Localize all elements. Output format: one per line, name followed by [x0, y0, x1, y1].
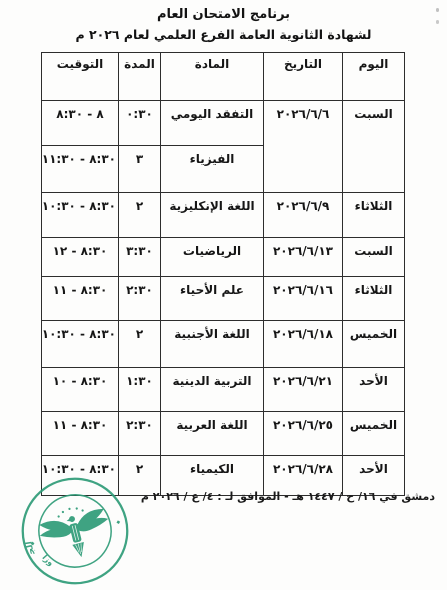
subject-cell: الفيزياء	[161, 146, 264, 193]
duration-cell: ٠:٣٠	[119, 101, 161, 146]
subject-cell: التربية الدينية	[161, 368, 264, 412]
subject-cell: علم الأحياء	[161, 277, 264, 321]
duration-cell: ٢:٣٠	[119, 277, 161, 321]
date-cell: ٢٠٢٦/٦/١٣	[264, 238, 343, 277]
table-header-row: اليوم التاريخ المادة المدة التوقيت	[42, 53, 405, 101]
day-cell: الخميس	[343, 412, 405, 456]
stamp-star-right	[116, 520, 121, 525]
timing-cell: ٨:٣٠ - ١١:٣٠	[42, 146, 119, 193]
header-duration: المدة	[119, 53, 161, 101]
scan-artifact	[436, 8, 439, 12]
date-cell: ٢٠٢٦/٦/٦	[264, 101, 343, 193]
stamp-stars	[56, 505, 84, 518]
table-row: الثلاثاء ٢٠٢٦/٦/٩ اللغة الإنكليزية ٢ ٨:٣…	[42, 193, 405, 238]
day-cell: السبت	[343, 101, 405, 193]
day-cell: الخميس	[343, 321, 405, 368]
stamp-top-text: الجمهورية العربية السورية	[18, 479, 38, 559]
subject-cell: اللغة الأجنبية	[161, 321, 264, 368]
day-cell: الثلاثاء	[343, 277, 405, 321]
timing-cell: ٨:٣٠ - ١٠:٣٠	[42, 321, 119, 368]
table-row: الثلاثاء ٢٠٢٦/٦/١٦ علم الأحياء ٢:٣٠ ٨:٣٠…	[42, 277, 405, 321]
duration-cell: ٣	[119, 146, 161, 193]
table-row: الخميس ٢٠٢٦/٦/١٨ اللغة الأجنبية ٢ ٨:٣٠ -…	[42, 321, 405, 368]
date-cell: ٢٠٢٦/٦/٢١	[264, 368, 343, 412]
duration-cell: ٣:٣٠	[119, 238, 161, 277]
timing-cell: ٨:٣٠ - ١١	[42, 277, 119, 321]
date-cell: ٢٠٢٦/٦/١٨	[264, 321, 343, 368]
timing-cell: ٨:٣٠ - ١٠	[42, 368, 119, 412]
header-day: اليوم	[343, 53, 405, 101]
duration-cell: ٢	[119, 321, 161, 368]
date-cell: ٢٠٢٦/٦/٩	[264, 193, 343, 238]
duration-cell: ١:٣٠	[119, 368, 161, 412]
date-cell: ٢٠٢٦/٦/٢٥	[264, 412, 343, 456]
day-cell: الثلاثاء	[343, 193, 405, 238]
timing-cell: ٨:٣٠ - ١٠:٣٠	[42, 193, 119, 238]
day-cell: السبت	[343, 238, 405, 277]
ministry-stamp: الجمهورية العربية السورية وزارة التربية …	[18, 474, 132, 588]
table-row: الخميس ٢٠٢٦/٦/٢٥ اللغة العربية ٢:٣٠ ٨:٣٠…	[42, 412, 405, 456]
issue-date-line: دمشق في ١٦/ ح / ١٤٤٧ هـ - الموافق لـ : ٤…	[141, 490, 435, 503]
subject-cell: الرياضيات	[161, 238, 264, 277]
stamp-seal: الجمهورية العربية السورية وزارة التربية …	[18, 474, 132, 588]
header-subject: المادة	[161, 53, 264, 101]
header-timing: التوقيت	[42, 53, 119, 101]
table-row: السبت ٢٠٢٦/٦/١٣ الرياضيات ٣:٣٠ ٨:٣٠ - ١٢	[42, 238, 405, 277]
page-title: برنامج الامتحان العام	[0, 7, 447, 22]
duration-cell: ٢:٣٠	[119, 412, 161, 456]
date-cell: ٢٠٢٦/٦/١٦	[264, 277, 343, 321]
timing-cell: ٨:٣٠ - ١٢	[42, 238, 119, 277]
table-row: الأحد ٢٠٢٦/٦/٢١ التربية الدينية ١:٣٠ ٨:٣…	[42, 368, 405, 412]
exam-schedule-table: اليوم التاريخ المادة المدة التوقيت السبت…	[41, 52, 405, 496]
timing-cell: ٨:٣٠ - ١١	[42, 412, 119, 456]
header-date: التاريخ	[264, 53, 343, 101]
timing-cell: ٨ - ٨:٣٠	[42, 101, 119, 146]
day-cell: الأحد	[343, 368, 405, 412]
subject-cell: التفقد اليومي	[161, 101, 264, 146]
duration-cell: ٢	[119, 193, 161, 238]
scanned-exam-schedule-page: { "page": { "title_line1": "برنامج الامت…	[0, 0, 447, 590]
page-subtitle: لشهادة الثانوية العامة الفرع العلمي لعام…	[0, 27, 447, 42]
subject-cell: اللغة الإنكليزية	[161, 193, 264, 238]
table-row: السبت ٢٠٢٦/٦/٦ التفقد اليومي ٠:٣٠ ٨ - ٨:…	[42, 101, 405, 146]
subject-cell: اللغة العربية	[161, 412, 264, 456]
